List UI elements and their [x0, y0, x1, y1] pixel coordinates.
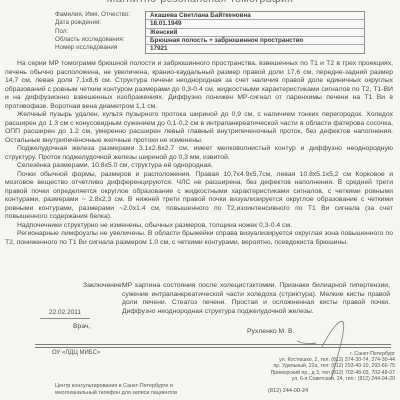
report-paragraph-gallbladder: Желчный пузырь удален, культя пузырного … [5, 111, 393, 145]
report-date: 22.02.2011 [40, 309, 90, 319]
report-body: На серии МР томограмм брюшной полости и … [5, 60, 393, 247]
consult-center-note: Центр консультирования в Санкт-Петербург… [55, 383, 177, 396]
address-sovetskaya: ул. 6-я Советская, 24, тел.: (812) 244-0… [271, 376, 395, 382]
doctor-label: Врач, [73, 323, 90, 330]
organization-name: ОУ «ЛДЦ МИБС» [52, 350, 100, 356]
patient-value-study-area: Брюшная полость + забрюшинное пространст… [146, 37, 364, 45]
report-paragraph-lymphnodes: Регионарные лимфоузлы не увеличены. В об… [5, 230, 393, 247]
patient-value-sex: Женский [146, 29, 364, 37]
report-title-clip: Магнитно-резонансная томография [0, 0, 400, 6]
patient-labels-column: Фамилия, Имя, Отчество: Дата рождения: П… [55, 11, 145, 54]
report-paragraph-pancreas: Поджелудочная железа размерами 3.1х2.6х2… [5, 145, 393, 162]
doctor-name: Рухленко М. В. [247, 328, 294, 335]
conclusion-block: Заключение: МР картина состояния после х… [0, 282, 400, 344]
patient-label-birthdate: Дата рождения: [55, 19, 145, 27]
report-paragraph-spleen: Селезёнка размерами, 10.8х5.0 см, структ… [5, 162, 393, 171]
patient-value-study-number: 17921 [146, 45, 364, 53]
footer-divider-rule [35, 344, 391, 348]
patient-label-sex: Пол: [55, 28, 145, 36]
patient-label-fio: Фамилия, Имя, Отчество: [55, 11, 145, 19]
consult-center-phone: (812) 244-00-24 [268, 388, 308, 394]
report-paragraph-kidneys: Почки обычной формы, размеров и располож… [5, 171, 393, 222]
consult-center-note-line1: Центр консультирования в Санкт-Петербург… [55, 383, 177, 390]
report-paragraph-adrenals: Надпочечники структурно не изменены, обы… [5, 222, 393, 231]
consult-center-note-line2: многоканальный телефон для записи пациен… [55, 390, 177, 397]
report-title: Магнитно-резонансная томография [0, 0, 400, 5]
patient-value-birthdate: 18.01.1949 [146, 20, 364, 28]
address-primorsky: Приморский пр., д 3, тел (812) 702-48-03… [271, 370, 395, 376]
conclusion-text: МР картина состояния после холецистэктом… [122, 282, 390, 316]
patient-info-block: Фамилия, Имя, Отчество: Дата рождения: П… [55, 11, 365, 54]
patient-label-study-number: Номер исследования [55, 44, 145, 52]
patient-values-box: Акашева Светлана Байткеновна 18.01.1949 … [145, 11, 365, 54]
conclusion-label: Заключение: [83, 282, 123, 289]
patient-label-study-area: Область исследования: [55, 36, 145, 44]
scanned-mri-report: Магнитно-резонансная томография Фамилия,… [0, 0, 400, 400]
footer-addresses: г. Санкт-Петербург ул. Костюшко, 2, тел.… [271, 351, 395, 382]
report-paragraph-liver: На серии МР томограмм брюшной полости и … [5, 60, 393, 111]
patient-value-fio: Акашева Светлана Байткеновна [146, 12, 364, 20]
address-udelny: пр. Удельный, 22а, тел: (812) 293-40-10,… [271, 363, 395, 369]
